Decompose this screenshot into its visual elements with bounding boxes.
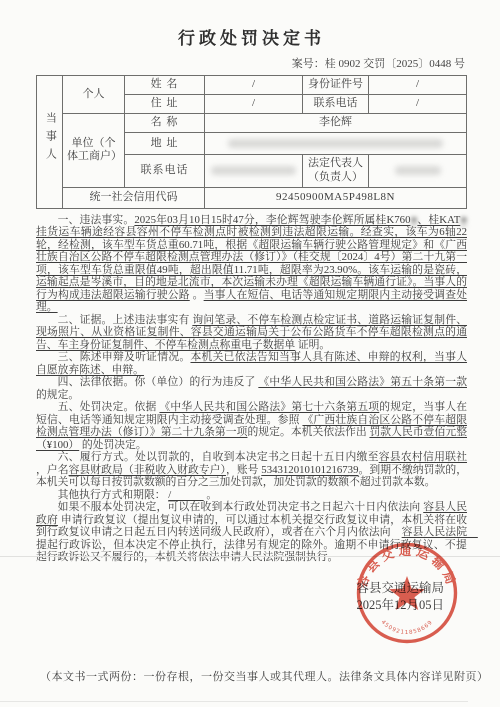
official-seal-icon: 容县交通运输局 4509211858669 (354, 540, 460, 646)
party-info-table: 当事人 个人 姓 名 / 身份证件号 / 住 址 / 联系电话 / 单位（个体工… (36, 75, 467, 209)
party-label-cell: 当事人 (37, 76, 63, 209)
table-row: 统一社会信用代码 92450900MA5P498L8N (37, 187, 467, 208)
individual-group-cell: 个人 (63, 76, 125, 114)
legal-rep-value (369, 155, 467, 188)
decision-body: 一、违法事实。2025年03月10日15时47分，李伦辉驾驶李伦辉所属桂K760… (36, 214, 467, 564)
table-row: 当事人 个人 姓 名 / 身份证件号 / (37, 76, 467, 95)
unit-address-value (205, 133, 467, 155)
paragraph: 一、违法事实。2025年03月10日15时47分，李伦辉驾驶李伦辉所属桂K760… (36, 214, 467, 314)
footer-note: （本文书一式两份：一份存根，一份交当事人或其代理人。法律条文具体内容详见附页） (40, 668, 489, 684)
paragraph: 其他执行方式和期限： / 。 (36, 489, 467, 502)
bottom-edge-line (0, 701, 468, 702)
unit-name-label: 名 称 (125, 114, 205, 133)
id-value: / (369, 76, 467, 95)
table-row: 单位（个体工商户） 名 称 李伦辉 (37, 114, 467, 133)
credit-code-value: 92450900MA5P498L8N (205, 187, 467, 208)
page-title: 行政处罚决定书 (36, 24, 467, 49)
paragraph: 三、陈述申辩及听证情况。本机关已依法告知当事人具有陈述、申辩的权利，当事人自愿放… (36, 351, 467, 376)
credit-code-label: 统一社会信用代码 (63, 187, 205, 208)
party-label: 当事人 (43, 112, 57, 166)
redacted-text: ■ (460, 214, 467, 226)
case-number: 案号：桂 0902 交罚〔2025〕0448 号 (36, 55, 467, 71)
penalty-decision-document: 行政处罚决定书 案号：桂 0902 交罚〔2025〕0448 号 当事人 个人 … (0, 0, 500, 707)
unit-address-label: 地 址 (125, 133, 205, 155)
name-label: 姓 名 (125, 76, 205, 95)
redacted-address (228, 139, 443, 148)
unit-name-value: 李伦辉 (205, 114, 467, 133)
address-label: 住 址 (125, 95, 205, 114)
unit-group-cell: 单位（个体工商户） (63, 114, 125, 188)
paragraph: 四、法律依据。你（单位）的行为违反了 《中华人民共和国公路法》第五十条第一款的规… (36, 376, 467, 401)
paragraph: 二、证据。上述违法事实有 询问笔录、不停车检测点检定证书、道路运输证复制件、现场… (36, 314, 467, 352)
svg-text:4509211858669: 4509211858669 (380, 619, 435, 636)
unit-phone-label: 联系电话 (125, 155, 205, 188)
name-value: / (205, 76, 303, 95)
redacted-phone (211, 166, 296, 175)
paragraph: 五、处罚决定。依据 《中华人民共和国公路法》第七十六条第五项的规定，当事人在短信… (36, 401, 467, 451)
id-label: 身份证件号 (303, 76, 369, 95)
phone-value: / (369, 95, 467, 114)
unit-phone-value (205, 155, 303, 188)
redacted-rep (395, 166, 441, 175)
redacted-text: ■ (410, 214, 417, 226)
phone-label: 联系电话 (303, 95, 369, 114)
legal-rep-label: 法定代表人（负责人） (303, 155, 369, 188)
paragraph: 六、履行方式。处以罚款的，自收到本决定书之日起十五日内缴至容县农村信用联社 ，户… (36, 451, 467, 489)
address-value: / (205, 95, 303, 114)
